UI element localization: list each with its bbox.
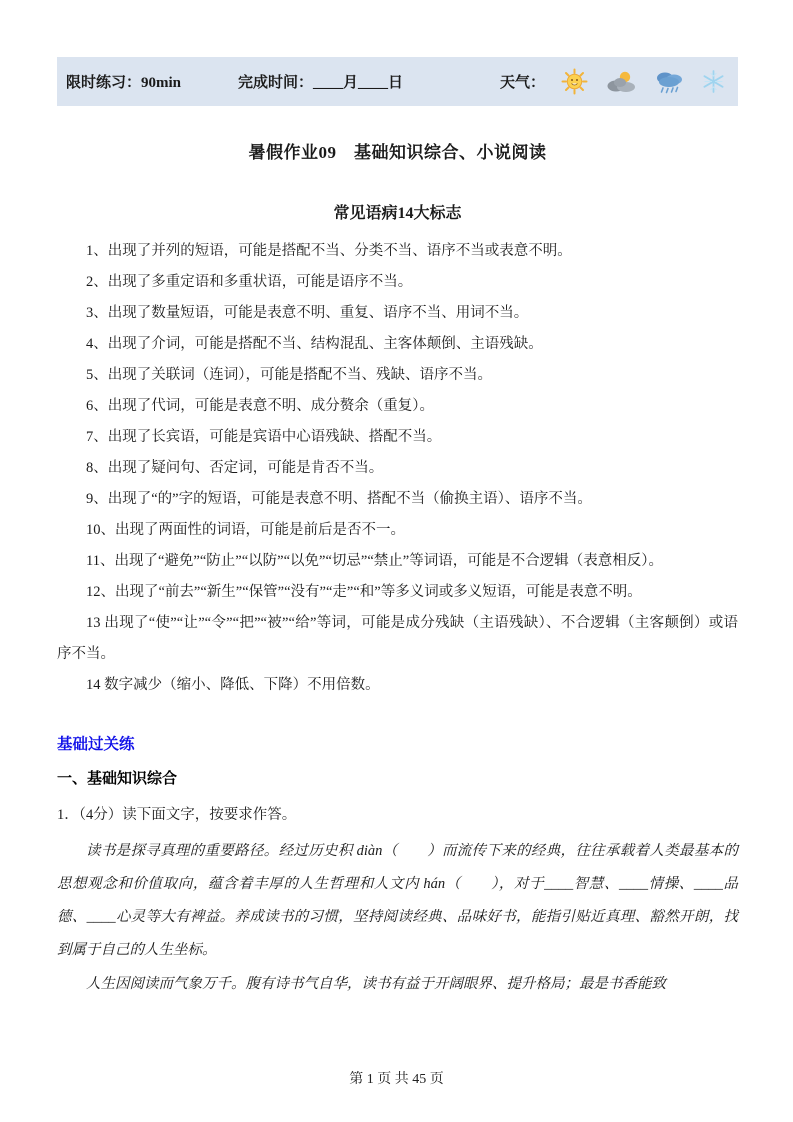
sign-item-4: 4、出现了介词，可能是搭配不当、结构混乱、主客体颠倒、主语残缺。 [57,329,738,360]
header-bar: 限时练习：90min 完成时间：____月____日 天气： [57,57,738,106]
question-intro: 1．（4分）读下面文字，按要求作答。 [57,800,738,831]
page-footer: 第 1 页 共 45 页 [0,1068,793,1088]
sign-item-10: 10、出现了两面性的词语，可能是前后是否不一。 [57,515,738,546]
sign-item-8: 8、出现了疑问句、否定词，可能是肯否不当。 [57,453,738,484]
sign-item-2: 2、出现了多重定语和多重状语，可能是语序不当。 [57,267,738,298]
completion-time-label: 完成时间：____月____日 [238,71,500,92]
sign-item-13: 13 出现了“使”“让”“令”“把”“被”“给”等词，可能是成分残缺（主语残缺）… [57,608,738,670]
sign-item-12: 12、出现了“前去”“新生”“保管”“没有”“走”“和”等多义词或多义短语，可能… [57,577,738,608]
signs-list: 1、出现了并列的短语，可能是搭配不当、分类不当、语序不当或表意不明。 2、出现了… [57,236,738,701]
sun-icon [561,68,588,95]
sign-item-9: 9、出现了“的”字的短语，可能是表意不明、搭配不当（偷换主语）、语序不当。 [57,484,738,515]
rain-cloud-icon [654,68,684,95]
passage1-emphasized-char: 豁 [649,909,664,925]
reading-passage-2: 人生因阅读而气象万千。腹有诗书气自华，读书有益于开阔眼界、提升格局；最是书香能致 [57,968,738,1001]
sign-item-5: 5、出现了关联词（连词），可能是搭配不当、残缺、语序不当。 [57,360,738,391]
sign-item-3: 3、出现了数量短语，可能是表意不明、重复、语序不当、用词不当。 [57,298,738,329]
sign-item-7: 7、出现了长宾语，可能是宾语中心语残缺、搭配不当。 [57,422,738,453]
document-page: 限时练习：90min 完成时间：____月____日 天气： [0,0,793,1122]
reading-passage-1: 读书是探寻真理的重要路径。经过历史积 diàn（ ）而流传下来的经典，往往承载着… [57,835,738,967]
sign-item-11: 11、出现了“避免”“防止”“以防”“以免”“切忌”“禁止”等词语，可能是不合逻… [57,546,738,577]
weather-label: 天气： [500,71,545,92]
weather-group: 天气： [500,68,726,95]
sign-item-14: 14 数字减少（缩小、降低、下降）不用倍数。 [57,670,738,701]
time-limit-label: 限时练习：90min [66,71,238,92]
subsection-heading: 一、基础知识综合 [57,767,738,788]
sign-item-6: 6、出现了代词，可能是表意不明、成分赘余（重复）。 [57,391,738,422]
sun-behind-cloud-icon [605,69,637,95]
document-title: 暑假作业09 基础知识综合、小说阅读 [57,138,738,163]
document-body: 暑假作业09 基础知识综合、小说阅读 常见语病14大标志 1、出现了并列的短语，… [57,106,738,1001]
passage1-text-before-emphasis: 读书是探寻真理的重要路径。经过历史积 diàn（ ）而流传下来的经典，往往承载着… [57,843,738,925]
practice-section-heading: 基础过关练 [57,732,738,754]
section-title: 常见语病14大标志 [57,200,738,223]
snowflake-icon [701,69,726,94]
sign-item-1: 1、出现了并列的短语，可能是搭配不当、分类不当、语序不当或表意不明。 [57,236,738,267]
